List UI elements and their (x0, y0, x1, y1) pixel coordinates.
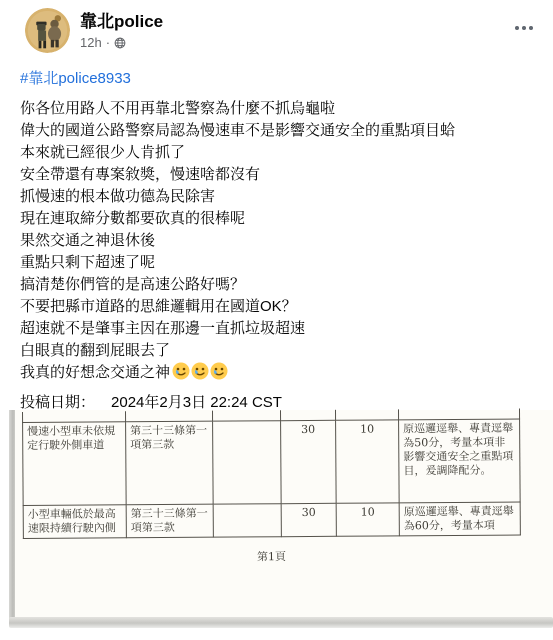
post-text-line: 超速就不是肇事主因在那邊一直抓垃圾超速 (20, 318, 533, 340)
table-row: 慢速小型車未依規定行駛外側車道 第三十三條第一項第三款 30 10 原巡邏逕舉、… (23, 419, 521, 505)
scanned-table: 慢速小型車未依規定行駛外側車道 第三十三條第一項第三款 30 10 原巡邏逕舉、… (22, 409, 523, 566)
remark-cell: 原巡邏逕舉、專責逕舉為50分，考量本項非影響交通安全之重點項目，爰調降配分。 (399, 419, 521, 503)
post-body: #靠北police8933 你各位用路人不用再靠北警察為什麼不抓烏龜啦 偉大的國… (0, 68, 553, 414)
globe-icon (114, 37, 126, 49)
scanned-paper: 慢速小型車未依規定行駛外側車道 第三十三條第一項第三款 30 10 原巡邏逕舉、… (15, 410, 553, 618)
post-meta: 12h · (80, 35, 509, 50)
score-new-cell: 10 (336, 420, 400, 503)
post-text-line: 偉大的國道公路警察局認為慢速車不是影響交通安全的重點項目蛤 (20, 120, 533, 142)
header-text: 靠北police 12h · (80, 8, 509, 50)
more-options-button[interactable] (509, 20, 539, 36)
avatar[interactable] (25, 8, 70, 53)
smiling-face-with-tear-emoji (172, 362, 190, 380)
post-text-line: 抓慢速的根本做功德為民除害 (20, 186, 533, 208)
photo-bottom-edge (9, 617, 553, 628)
smiling-face-with-tear-emoji (210, 362, 228, 380)
meta-separator: · (106, 35, 110, 50)
more-horizontal-icon (522, 26, 526, 30)
attached-image[interactable]: 慢速小型車未依規定行駛外側車道 第三十三條第一項第三款 30 10 原巡邏逕舉、… (0, 410, 553, 640)
table-row: 小型車輛低於最高速限持續行駛內側 第三十三條第一項第三款 30 10 原巡邏逕舉… (23, 502, 520, 538)
score-old-cell: 30 (281, 503, 336, 536)
article-cell: 第三十三條第一項第三款 (126, 504, 213, 538)
violation-cell: 慢速小型車未依規定行駛外側車道 (23, 422, 127, 506)
score-new-cell: 10 (336, 503, 399, 536)
hashtag-link[interactable]: #靠北police8933 (20, 68, 533, 90)
post-text-line: 你各位用路人不用再靠北警察為什麼不抓烏龜啦 (20, 98, 533, 120)
post-text-line: 搞清楚你們管的是高速公路好嗎？ (20, 274, 533, 296)
article-cell: 第三十三條第一項第三款 (126, 421, 214, 505)
empty-cell (213, 421, 282, 504)
score-old-cell: 30 (281, 420, 337, 503)
post-text-line: 我真的好想念交通之神 (20, 362, 533, 384)
emoji-group (172, 362, 228, 380)
post-text-line: 白眼真的翻到屁眼去了 (20, 340, 533, 362)
post-header: 靠北police 12h · (0, 0, 553, 58)
page-number-label: 第1頁 (23, 547, 520, 566)
remark-cell: 原巡邏逕舉、專責逕舉為60分，考量本項 (399, 502, 520, 536)
post-text-line: 不要把縣市道路的思維邏輯用在國道OK？ (20, 296, 533, 318)
avatar-image (25, 8, 70, 53)
post-text-line: 安全帶還有專案敘獎，慢速啥都沒有 (20, 164, 533, 186)
post-text-line: 重點只剩下超速了呢 (20, 252, 533, 274)
timestamp[interactable]: 12h (80, 35, 102, 50)
post-text-line: 現在連取締分數都要砍真的很棒呢 (20, 208, 533, 230)
post-text-line: 本來就已經很少人肯抓了 (20, 142, 533, 164)
empty-cell (213, 504, 281, 537)
post-text: 我真的好想念交通之神 (20, 364, 170, 381)
page-name[interactable]: 靠北police (80, 12, 509, 32)
post-text-block: 你各位用路人不用再靠北警察為什麼不抓烏龜啦 偉大的國道公路警察局認為慢速車不是影… (20, 98, 533, 384)
post-text-line: 果然交通之神退休後 (20, 230, 533, 252)
facebook-post: 靠北police 12h · #靠北police8933 你各位用路人不用再靠北… (0, 0, 553, 640)
violation-cell: 小型車輛低於最高速限持續行駛內側 (23, 505, 126, 539)
smiling-face-with-tear-emoji (191, 362, 209, 380)
